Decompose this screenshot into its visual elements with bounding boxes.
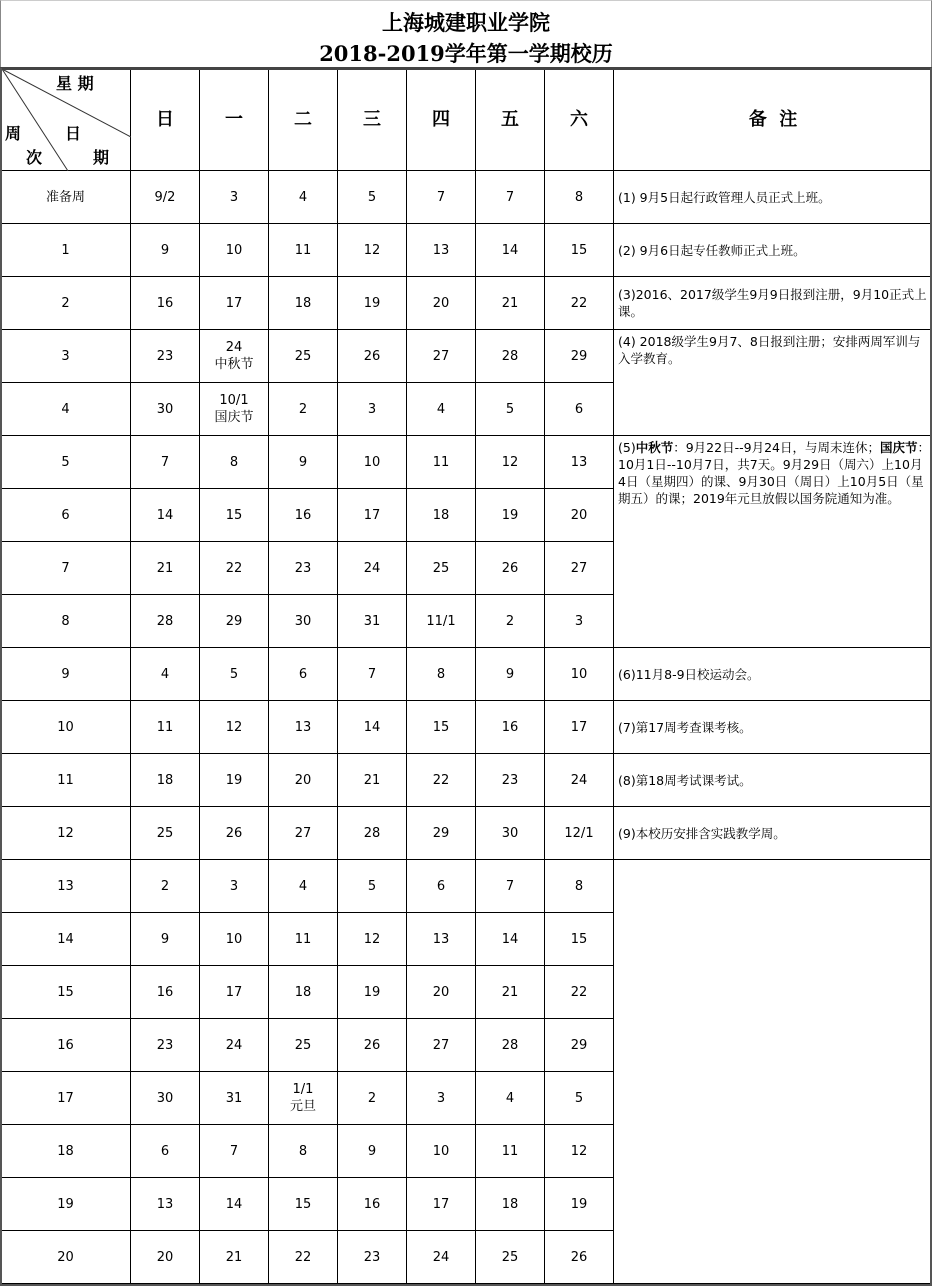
date-cell: 19 bbox=[476, 489, 545, 542]
date-cell: 13 bbox=[407, 913, 476, 966]
date-cell: 29 bbox=[407, 807, 476, 860]
date-cell: 23 bbox=[131, 330, 200, 383]
date-cell: 14 bbox=[131, 489, 200, 542]
week-number: 15 bbox=[1, 966, 131, 1019]
week-number: 9 bbox=[1, 648, 131, 701]
date-cell: 31 bbox=[200, 1072, 269, 1125]
week-number: 10 bbox=[1, 701, 131, 754]
week-number: 12 bbox=[1, 807, 131, 860]
date-cell: 6 bbox=[269, 648, 338, 701]
date-cell: 6 bbox=[407, 860, 476, 913]
date-cell: 16 bbox=[131, 966, 200, 1019]
date-cell: 17 bbox=[200, 966, 269, 1019]
date-cell: 17 bbox=[200, 277, 269, 330]
date-cell: 7 bbox=[338, 648, 407, 701]
date-cell: 11 bbox=[269, 224, 338, 277]
corner-week-label: 周 bbox=[5, 125, 21, 142]
date-cell: 4 bbox=[131, 648, 200, 701]
date-cell: 2 bbox=[476, 595, 545, 648]
date-cell: 28 bbox=[476, 1019, 545, 1072]
date-cell: 26 bbox=[338, 330, 407, 383]
date-cell: 2 bbox=[131, 860, 200, 913]
date-cell: 12/1 bbox=[545, 807, 614, 860]
date-cell: 8 bbox=[200, 436, 269, 489]
date-cell: 13 bbox=[131, 1178, 200, 1231]
date-cell: 3 bbox=[407, 1072, 476, 1125]
date-cell: 16 bbox=[476, 701, 545, 754]
date-cell: 5 bbox=[545, 1072, 614, 1125]
note-3: (3)2016、2017级学生9月9日报到注册，9月10正式上课。 bbox=[614, 277, 932, 330]
date-cell: 19 bbox=[545, 1178, 614, 1231]
date-cell: 15 bbox=[545, 224, 614, 277]
week-number: 5 bbox=[1, 436, 131, 489]
date-cell: 29 bbox=[200, 595, 269, 648]
date-cell: 26 bbox=[338, 1019, 407, 1072]
date-cell: 11 bbox=[131, 701, 200, 754]
date-cell: 21 bbox=[131, 542, 200, 595]
week-row: 1011121314151617(7)第17周考查课考核。 bbox=[1, 701, 932, 754]
date-value: 24 bbox=[200, 339, 268, 356]
date-cell: 24 bbox=[407, 1231, 476, 1284]
date-cell: 10 bbox=[200, 224, 269, 277]
date-cell: 30 bbox=[131, 383, 200, 436]
date-cell: 18 bbox=[476, 1178, 545, 1231]
date-cell: 8 bbox=[545, 171, 614, 224]
date-cell: 8 bbox=[269, 1125, 338, 1178]
day-header-thu: 四 bbox=[407, 69, 476, 171]
week-number: 13 bbox=[1, 860, 131, 913]
date-cell: 16 bbox=[338, 1178, 407, 1231]
holiday-label: 国庆节 bbox=[200, 409, 268, 426]
title-area: 上海城建职业学院 2018-2019学年第一学期校历 bbox=[0, 0, 932, 69]
date-cell: 31 bbox=[338, 595, 407, 648]
date-cell: 21 bbox=[200, 1231, 269, 1284]
date-cell: 3 bbox=[200, 860, 269, 913]
note-5: (5)中秋节：9月22日--9月24日，与周末连休；国庆节：10月1日--10月… bbox=[614, 436, 932, 648]
corner-date-label-2: 期 bbox=[93, 149, 109, 166]
notes-header: 备 注 bbox=[614, 69, 932, 171]
date-cell: 14 bbox=[476, 224, 545, 277]
date-cell: 4 bbox=[269, 171, 338, 224]
date-cell: 16 bbox=[131, 277, 200, 330]
week-row: 19101112131415(2) 9月6日起专任教师正式上班。 bbox=[1, 224, 932, 277]
note-6: (6)11月8-9日校运动会。 bbox=[614, 648, 932, 701]
date-cell: 9 bbox=[269, 436, 338, 489]
day-header-sun: 日 bbox=[131, 69, 200, 171]
date-cell: 1/1元旦 bbox=[269, 1072, 338, 1125]
holiday-label: 元旦 bbox=[269, 1098, 337, 1115]
date-cell: 30 bbox=[131, 1072, 200, 1125]
date-cell: 11 bbox=[407, 436, 476, 489]
note-text-part: 国庆节 bbox=[880, 440, 918, 455]
note-9: (9)本校历安排含实践教学周。 bbox=[614, 807, 932, 860]
date-cell: 11 bbox=[476, 1125, 545, 1178]
date-cell: 15 bbox=[545, 913, 614, 966]
date-cell: 10 bbox=[338, 436, 407, 489]
date-cell: 10 bbox=[200, 913, 269, 966]
date-cell: 23 bbox=[476, 754, 545, 807]
note-text-part: (5) bbox=[618, 440, 636, 455]
date-cell: 18 bbox=[269, 966, 338, 1019]
week-row: 1225262728293012/1(9)本校历安排含实践教学周。 bbox=[1, 807, 932, 860]
header-row: 星 期 周 日 次 期 日 一 二 三 四 五 六 备 注 bbox=[1, 69, 932, 171]
date-cell: 20 bbox=[407, 966, 476, 1019]
date-cell: 17 bbox=[407, 1178, 476, 1231]
date-cell: 22 bbox=[407, 754, 476, 807]
date-cell: 10 bbox=[407, 1125, 476, 1178]
week-row: 216171819202122(3)2016、2017级学生9月9日报到注册，9… bbox=[1, 277, 932, 330]
date-cell: 29 bbox=[545, 1019, 614, 1072]
date-cell: 19 bbox=[338, 277, 407, 330]
date-cell: 22 bbox=[269, 1231, 338, 1284]
week-number: 20 bbox=[1, 1231, 131, 1284]
date-cell: 16 bbox=[269, 489, 338, 542]
date-cell: 7 bbox=[476, 171, 545, 224]
calendar-title: 2018-2019学年第一学期校历 bbox=[1, 38, 931, 68]
week-number: 3 bbox=[1, 330, 131, 383]
date-cell: 14 bbox=[338, 701, 407, 754]
note-8: (8)第18周考试课考试。 bbox=[614, 754, 932, 807]
date-cell: 20 bbox=[545, 489, 614, 542]
date-cell: 12 bbox=[200, 701, 269, 754]
date-cell: 8 bbox=[545, 860, 614, 913]
week-number: 19 bbox=[1, 1178, 131, 1231]
day-header-fri: 五 bbox=[476, 69, 545, 171]
date-cell: 21 bbox=[476, 277, 545, 330]
date-cell: 9 bbox=[476, 648, 545, 701]
date-cell: 10/1国庆节 bbox=[200, 383, 269, 436]
week-number: 18 bbox=[1, 1125, 131, 1178]
date-cell: 19 bbox=[200, 754, 269, 807]
date-cell: 2 bbox=[269, 383, 338, 436]
date-cell: 15 bbox=[200, 489, 269, 542]
date-cell: 9 bbox=[338, 1125, 407, 1178]
date-cell: 5 bbox=[476, 383, 545, 436]
date-cell: 25 bbox=[269, 1019, 338, 1072]
date-cell: 7 bbox=[131, 436, 200, 489]
date-cell: 12 bbox=[545, 1125, 614, 1178]
date-cell: 7 bbox=[407, 171, 476, 224]
date-cell: 29 bbox=[545, 330, 614, 383]
date-cell: 5 bbox=[338, 171, 407, 224]
date-cell: 23 bbox=[131, 1019, 200, 1072]
week-row: 准备周9/2345778(1) 9月5日起行政管理人员正式上班。 bbox=[1, 171, 932, 224]
week-number: 11 bbox=[1, 754, 131, 807]
note-2: (2) 9月6日起专任教师正式上班。 bbox=[614, 224, 932, 277]
date-cell: 11 bbox=[269, 913, 338, 966]
date-value: 10/1 bbox=[200, 392, 268, 409]
date-cell: 13 bbox=[407, 224, 476, 277]
date-cell: 24中秋节 bbox=[200, 330, 269, 383]
corner-header-cell: 星 期 周 日 次 期 bbox=[1, 69, 131, 171]
date-cell: 19 bbox=[338, 966, 407, 1019]
school-name: 上海城建职业学院 bbox=[1, 7, 931, 37]
date-cell: 9 bbox=[131, 913, 200, 966]
holiday-label: 中秋节 bbox=[200, 356, 268, 373]
date-cell: 23 bbox=[338, 1231, 407, 1284]
date-value: 1/1 bbox=[269, 1081, 337, 1098]
corner-num-label: 次 bbox=[26, 149, 42, 166]
corner-date-label-1: 日 bbox=[65, 125, 81, 142]
date-cell: 13 bbox=[545, 436, 614, 489]
date-cell: 6 bbox=[131, 1125, 200, 1178]
date-cell: 14 bbox=[476, 913, 545, 966]
date-cell: 20 bbox=[131, 1231, 200, 1284]
date-cell: 3 bbox=[545, 595, 614, 648]
date-cell: 9 bbox=[131, 224, 200, 277]
date-cell: 12 bbox=[338, 913, 407, 966]
note-7: (7)第17周考查课考核。 bbox=[614, 701, 932, 754]
date-cell: 27 bbox=[545, 542, 614, 595]
date-cell: 26 bbox=[545, 1231, 614, 1284]
date-cell: 25 bbox=[131, 807, 200, 860]
date-cell: 24 bbox=[338, 542, 407, 595]
date-cell: 18 bbox=[131, 754, 200, 807]
date-cell: 14 bbox=[200, 1178, 269, 1231]
date-cell: 3 bbox=[200, 171, 269, 224]
calendar-table: 星 期 周 日 次 期 日 一 二 三 四 五 六 备 注 准备周9/23457… bbox=[0, 68, 932, 1284]
week-number: 准备周 bbox=[1, 171, 131, 224]
date-cell: 17 bbox=[545, 701, 614, 754]
date-cell: 24 bbox=[545, 754, 614, 807]
week-row: 1118192021222324(8)第18周考试课考试。 bbox=[1, 754, 932, 807]
date-cell: 28 bbox=[338, 807, 407, 860]
date-cell: 17 bbox=[338, 489, 407, 542]
note-1: (1) 9月5日起行政管理人员正式上班。 bbox=[614, 171, 932, 224]
date-cell: 25 bbox=[269, 330, 338, 383]
week-number: 4 bbox=[1, 383, 131, 436]
date-cell: 5 bbox=[338, 860, 407, 913]
date-cell: 21 bbox=[338, 754, 407, 807]
date-cell: 15 bbox=[407, 701, 476, 754]
note-text-part: ：9月22日--9月24日，与周末连休； bbox=[673, 440, 880, 455]
date-cell: 22 bbox=[545, 277, 614, 330]
date-cell: 20 bbox=[269, 754, 338, 807]
date-cell: 11/1 bbox=[407, 595, 476, 648]
date-cell: 27 bbox=[407, 1019, 476, 1072]
date-cell: 27 bbox=[269, 807, 338, 860]
date-cell: 3 bbox=[338, 383, 407, 436]
week-number: 17 bbox=[1, 1072, 131, 1125]
date-cell: 22 bbox=[545, 966, 614, 1019]
date-cell: 7 bbox=[476, 860, 545, 913]
date-cell: 9/2 bbox=[131, 171, 200, 224]
week-row: 32324中秋节2526272829(4) 2018级学生9月7、8日报到注册；… bbox=[1, 330, 932, 383]
date-cell: 30 bbox=[269, 595, 338, 648]
week-row: 945678910(6)11月8-9日校运动会。 bbox=[1, 648, 932, 701]
date-cell: 28 bbox=[476, 330, 545, 383]
day-header-wed: 三 bbox=[338, 69, 407, 171]
table-left-border bbox=[0, 68, 2, 1286]
date-cell: 12 bbox=[338, 224, 407, 277]
date-cell: 27 bbox=[407, 330, 476, 383]
date-cell: 24 bbox=[200, 1019, 269, 1072]
date-cell: 22 bbox=[200, 542, 269, 595]
date-cell: 25 bbox=[407, 542, 476, 595]
week-number: 16 bbox=[1, 1019, 131, 1072]
date-cell: 21 bbox=[476, 966, 545, 1019]
note-text-part: 中秋节 bbox=[636, 440, 674, 455]
date-cell: 23 bbox=[269, 542, 338, 595]
week-number: 14 bbox=[1, 913, 131, 966]
date-cell: 10 bbox=[545, 648, 614, 701]
date-cell: 20 bbox=[407, 277, 476, 330]
date-cell: 18 bbox=[407, 489, 476, 542]
table-top-border bbox=[0, 67, 932, 70]
date-cell: 4 bbox=[407, 383, 476, 436]
date-cell: 8 bbox=[407, 648, 476, 701]
notes-empty bbox=[614, 860, 932, 1284]
week-number: 7 bbox=[1, 542, 131, 595]
date-cell: 2 bbox=[338, 1072, 407, 1125]
week-row: 132345678 bbox=[1, 860, 932, 913]
date-cell: 4 bbox=[269, 860, 338, 913]
date-cell: 15 bbox=[269, 1178, 338, 1231]
week-number: 8 bbox=[1, 595, 131, 648]
date-cell: 18 bbox=[269, 277, 338, 330]
note-4: (4) 2018级学生9月7、8日报到注册；安排两周军训与入学教育。 bbox=[614, 330, 932, 436]
day-header-mon: 一 bbox=[200, 69, 269, 171]
date-cell: 26 bbox=[476, 542, 545, 595]
date-cell: 6 bbox=[545, 383, 614, 436]
corner-weekday-label: 星 期 bbox=[56, 75, 94, 92]
date-cell: 4 bbox=[476, 1072, 545, 1125]
week-number: 1 bbox=[1, 224, 131, 277]
week-row: 578910111213(5)中秋节：9月22日--9月24日，与周末连休；国庆… bbox=[1, 436, 932, 489]
week-number: 6 bbox=[1, 489, 131, 542]
week-number: 2 bbox=[1, 277, 131, 330]
date-cell: 25 bbox=[476, 1231, 545, 1284]
date-cell: 7 bbox=[200, 1125, 269, 1178]
date-cell: 28 bbox=[131, 595, 200, 648]
date-cell: 26 bbox=[200, 807, 269, 860]
day-header-tue: 二 bbox=[269, 69, 338, 171]
date-cell: 12 bbox=[476, 436, 545, 489]
date-cell: 30 bbox=[476, 807, 545, 860]
date-cell: 5 bbox=[200, 648, 269, 701]
day-header-sat: 六 bbox=[545, 69, 614, 171]
date-cell: 13 bbox=[269, 701, 338, 754]
